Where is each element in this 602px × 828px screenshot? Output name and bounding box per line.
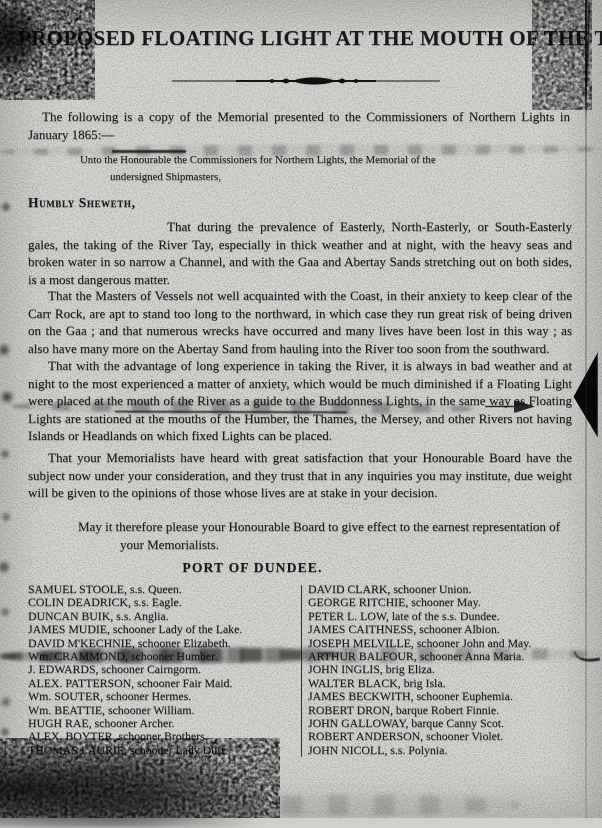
column-divider-rule — [301, 585, 302, 757]
scan-mottle-top-right — [532, 0, 592, 110]
signatory: JAMES CAITHNESS, schooner Albion. — [308, 623, 586, 636]
signatory: JAMES MUDIE, schooner Lady of the Lake. — [28, 623, 294, 636]
memorial-paragraph-3: That with the advantage of long experien… — [28, 357, 572, 445]
document-title: PROPOSED FLOATING LIGHT AT THE MOUTH OF … — [18, 26, 584, 51]
signatory: DAVID CLARK, schooner Union. — [308, 583, 586, 596]
signatory: ROBERT DRON, barque Robert Finnie. — [308, 704, 586, 717]
sheweth-label: Humbly Sheweth, — [28, 195, 135, 211]
signatory: HUGH RAE, schooner Archer. — [28, 717, 294, 730]
signatory: COLIN DEADRICK, s.s. Eagle. — [28, 596, 294, 609]
signatory: Wm. SOUTER, schooner Hermes. — [28, 690, 294, 703]
signatory: ALEX. BOYTER, schooner Brothers. — [28, 730, 294, 743]
port-of-dundee-heading: PORT OF DUNDEE. — [0, 560, 505, 576]
signatory: ALEX. PATTERSON, schooner Fair Maid. — [28, 677, 294, 690]
closing-prayer: May it therefore please your Honourable … — [28, 518, 560, 553]
scanned-document-page: PROPOSED FLOATING LIGHT AT THE MOUTH OF … — [0, 0, 602, 818]
signatory: JOHN NICOLL, s.s. Polynia. — [308, 744, 586, 757]
signatory: GEORGE RITCHIE, schooner May. — [308, 596, 586, 609]
scan-stain-bottom-strip — [190, 795, 520, 815]
signatory: Wm. BEATTIE, schooner William. — [28, 704, 294, 717]
signatories-column-left: SAMUEL STOOLE, s.s. Queen. COLIN DEADRIC… — [28, 583, 294, 757]
signatory: PETER L. LOW, late of the s.s. Dundee. — [308, 610, 586, 623]
signatory: JAMES BECKWITH, schooner Euphemia. — [308, 690, 586, 703]
signatory: DUNCAN BUIK, s.s. Anglia. — [28, 610, 294, 623]
signatories-column-right: DAVID CLARK, schooner Union. GEORGE RITC… — [308, 583, 586, 757]
signatory: Wm. CRAMMOND, schooner Humber. — [28, 650, 294, 663]
left-margin-specks — [2, 0, 6, 4]
signatory: ROBERT ANDERSON, schooner Violet. — [308, 730, 586, 743]
signatory: JOHN GALLOWAY, barque Canny Scot. — [308, 717, 586, 730]
intro-paragraph: The following is a copy of the Memorial … — [28, 108, 570, 143]
signatory: WALTER BLACK, brig Isla. — [308, 677, 586, 690]
memorial-paragraph-1: That during the prevalence of Easterly, … — [28, 218, 572, 288]
memorial-paragraph-4: That your Memorialists have heard with g… — [28, 449, 572, 502]
signatory: JOSEPH MELVILLE, schooner John and May. — [308, 637, 586, 650]
signatory: SAMUEL STOOLE, s.s. Queen. — [28, 583, 294, 596]
salutation-paragraph: Unto the Honourable the Commissioners fo… — [80, 152, 480, 185]
divider-ornament — [166, 74, 446, 88]
signatory: J. EDWARDS, schooner Cairngorm. — [28, 663, 294, 676]
signatory: JOHN INGLIS, brig Eliza. — [308, 663, 586, 676]
memorial-paragraph-2: That the Masters of Vessels not well acq… — [28, 287, 572, 357]
signatory: THOMAS LAURIE, schooner Lady Duff. — [28, 744, 294, 757]
signatory: DAVID M'KECHNIE, schooner Elizabeth. — [28, 637, 294, 650]
signatory: ARTHUR BALFOUR, schooner Anna Maria. — [308, 650, 586, 663]
